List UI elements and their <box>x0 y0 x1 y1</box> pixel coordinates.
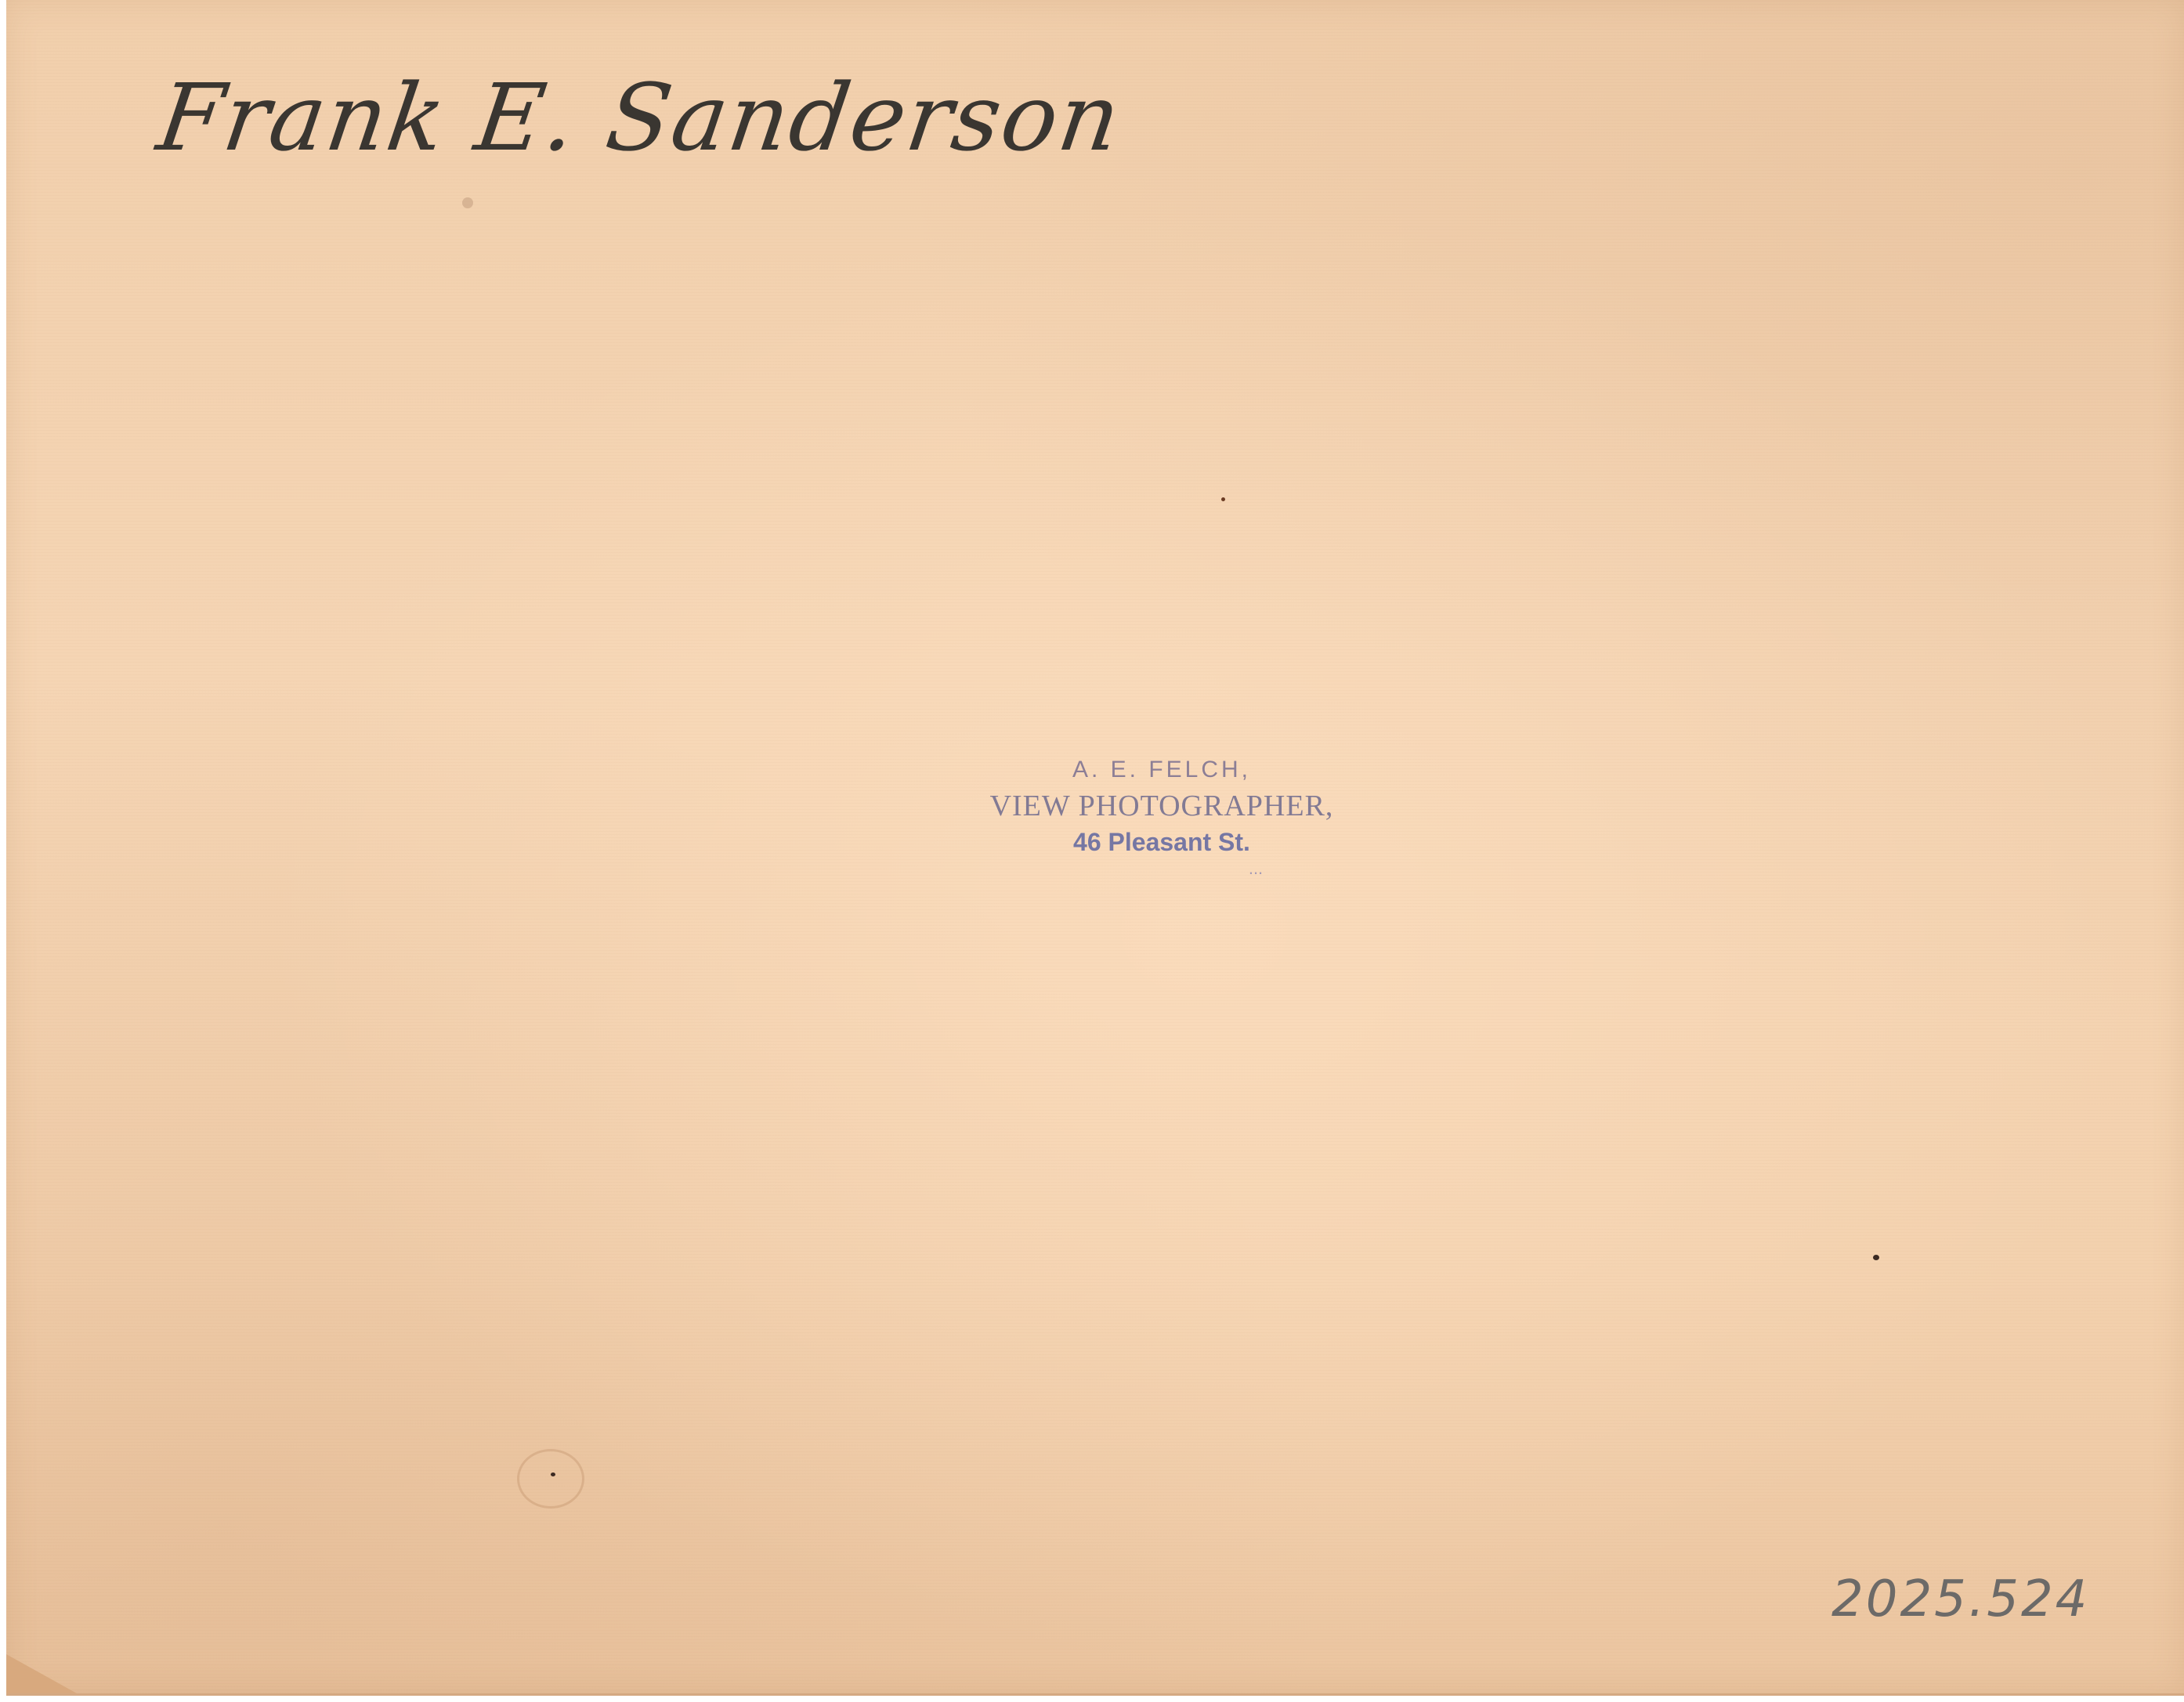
accession-number: 2025.524 <box>1831 1570 2089 1628</box>
stain-spot <box>1873 1255 1879 1260</box>
stamp-city-fragment: ... <box>989 860 1334 877</box>
photo-mount-card-back: Frank E. Sanderson A. E. FELCH, VIEW PHO… <box>6 0 2184 1696</box>
handwritten-signature: Frank E. Sanderson <box>149 43 1040 192</box>
stamp-photographer-name: A. E. FELCH, <box>989 752 1334 788</box>
stain-spot <box>462 197 473 208</box>
stamp-address: 46 Pleasant St. <box>989 824 1334 860</box>
stain-spot <box>1221 497 1225 501</box>
stain-spot <box>551 1473 555 1476</box>
photographer-stamp: A. E. FELCH, VIEW PHOTOGRAPHER, 46 Pleas… <box>989 752 1334 877</box>
water-stain <box>517 1449 584 1509</box>
worn-corner <box>6 1654 77 1693</box>
stamp-photographer-title: VIEW PHOTOGRAPHER, <box>989 788 1334 824</box>
